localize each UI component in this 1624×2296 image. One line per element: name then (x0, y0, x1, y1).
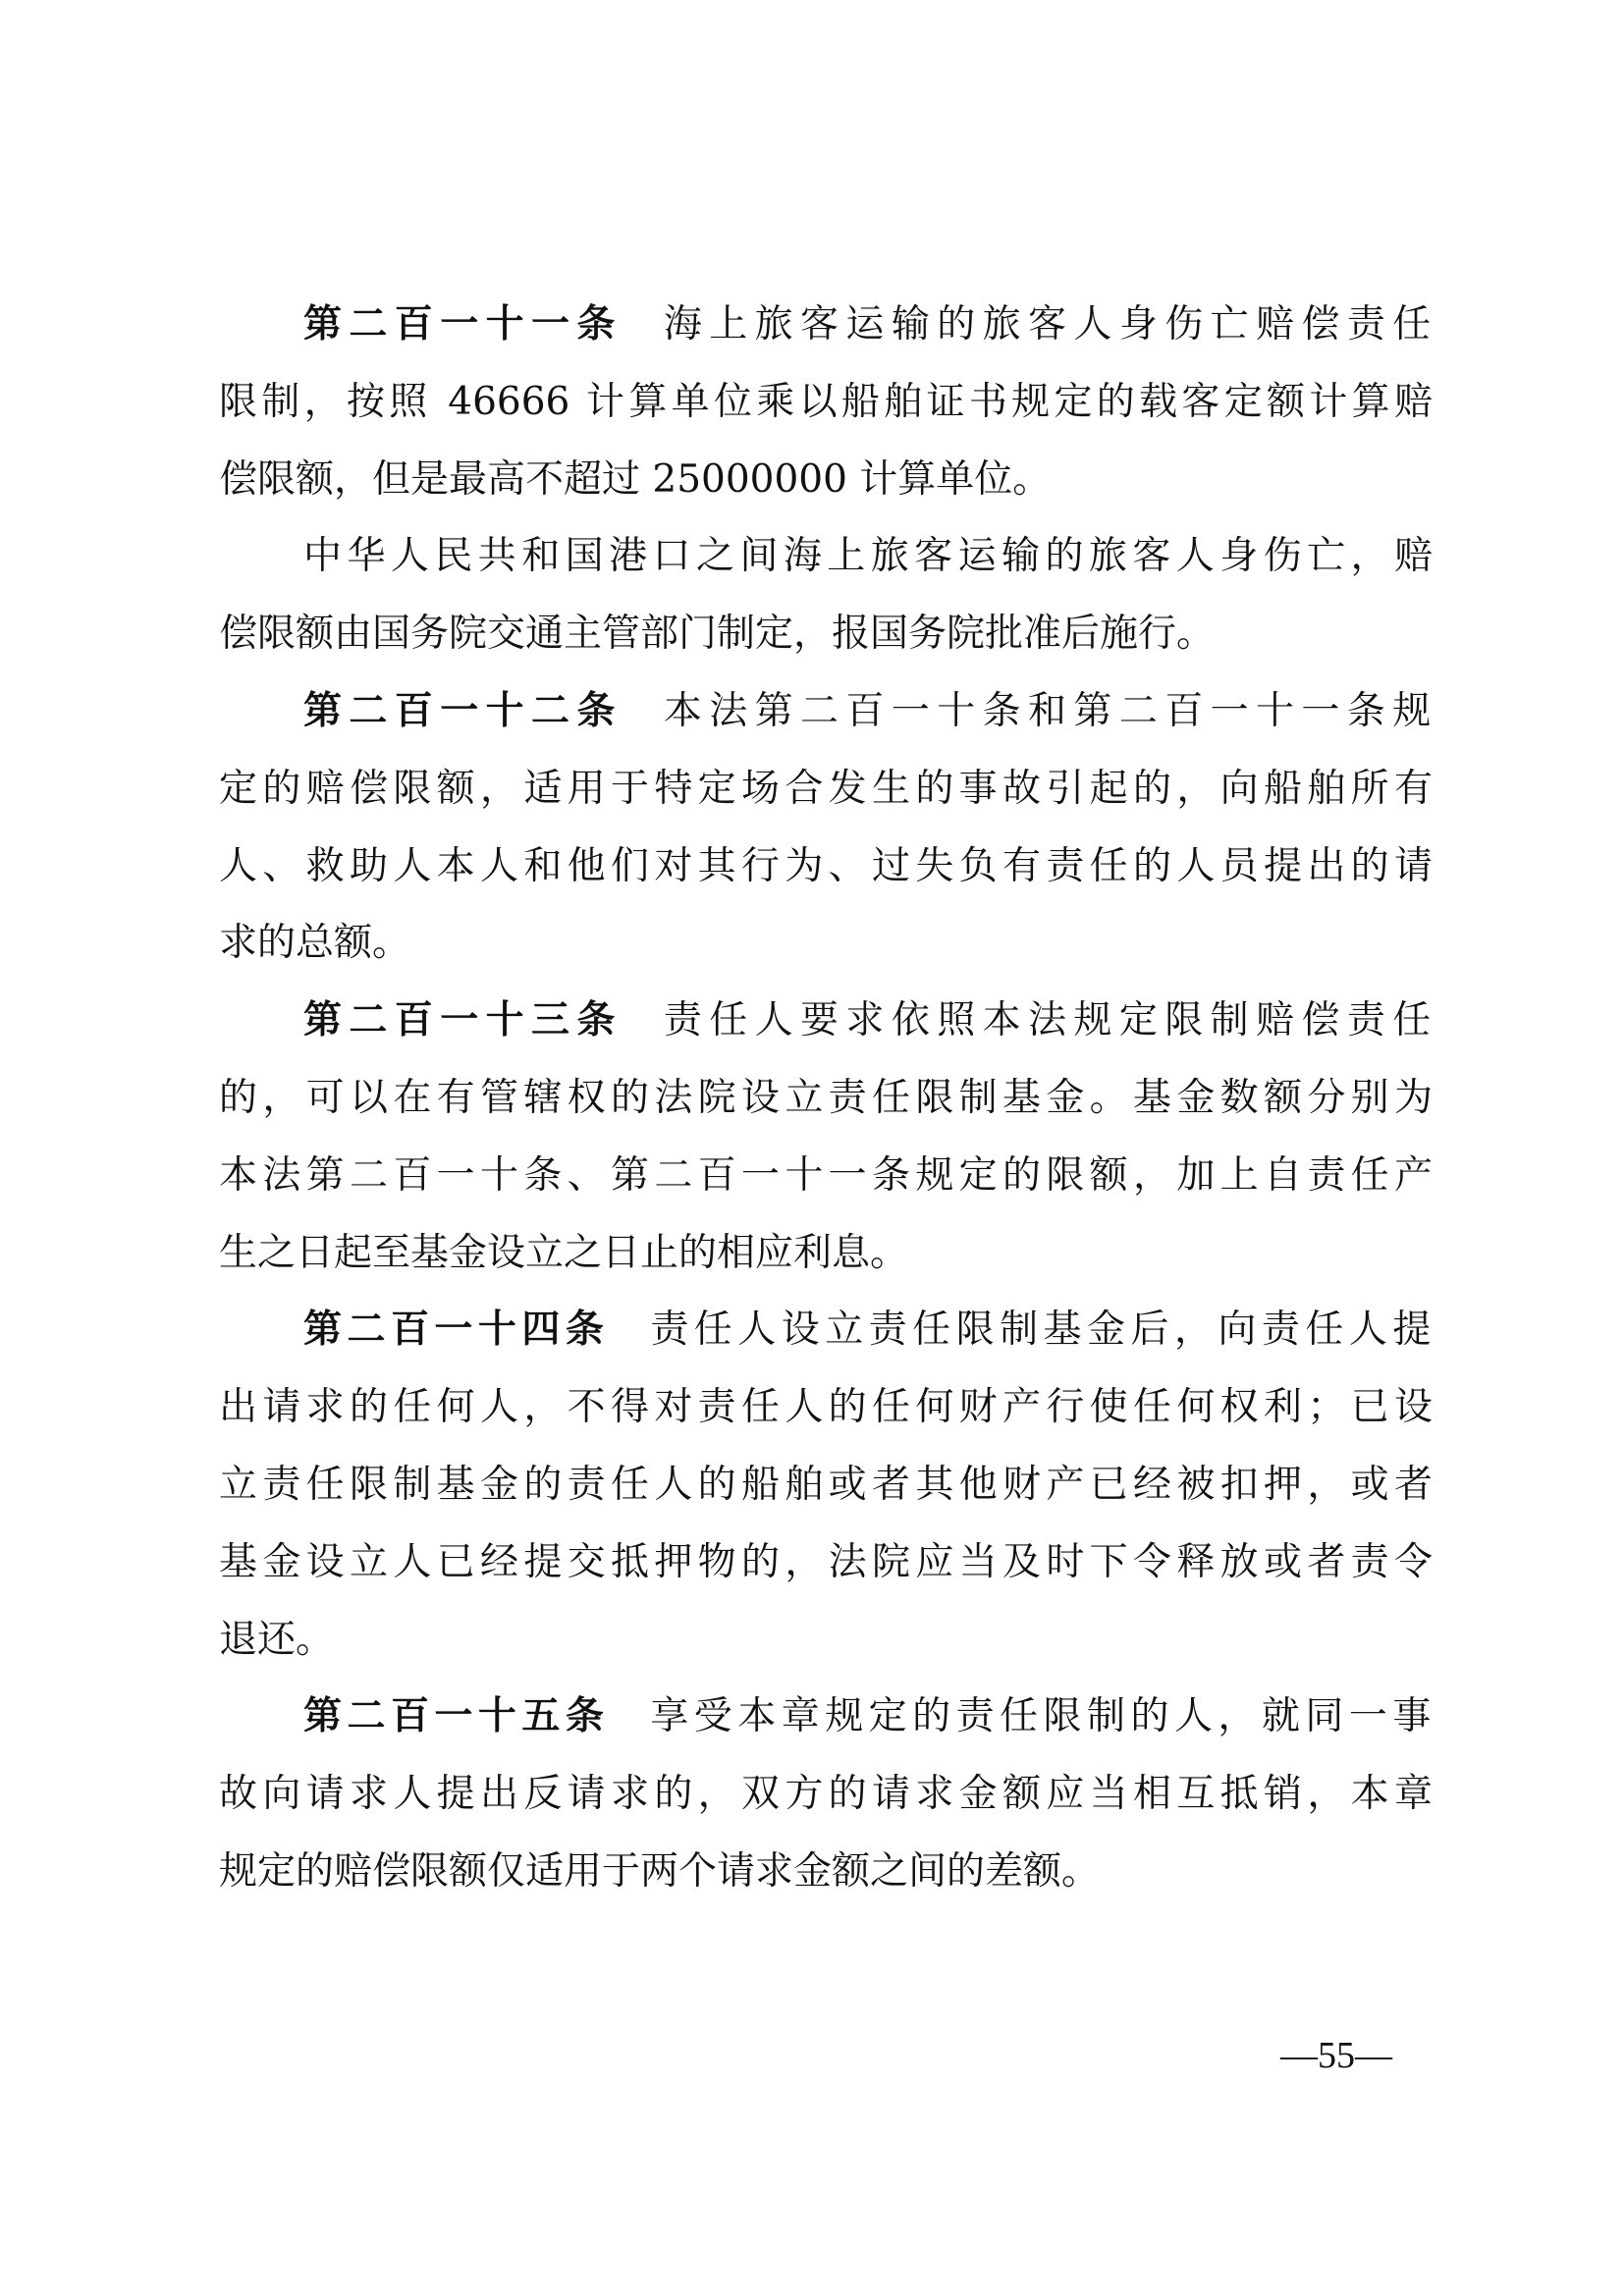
document-page: 第二百一十一条海上旅客运输的旅客人身伤亡赔偿责任限制，按照 46666 计算单位… (0, 0, 1624, 2296)
text-line: 人、救助人本人和他们对其行为、过失负有责任的人员提出的请 (219, 828, 1433, 906)
line-text: 故向请求人提出反请求的，双方的请求金额应当相互抵销，本章 (219, 1772, 1433, 1816)
line-text: 中华人民共和国港口之间海上旅客运输的旅客人身伤亡，赔 (303, 534, 1433, 578)
line-text: 限制，按照 46666 计算单位乘以船舶证书规定的载客定额计算赔 (219, 380, 1433, 424)
text-line: 本法第二百一十条、第二百一十一条规定的限额，加上自责任产 (219, 1138, 1433, 1215)
text-line: 偿限额，但是最高不超过 25000000 计算单位。 (219, 442, 1433, 519)
line-text: 本法第二百一十条、第二百一十一条规定的限额，加上自责任产 (219, 1153, 1433, 1198)
line-text: 生之日起至基金设立之日止的相应利息。 (219, 1231, 908, 1275)
line-text: 定的赔偿限额，适用于特定场合发生的事故引起的，向船舶所有 (219, 767, 1433, 811)
article-heading-line: 第二百一十五条享受本章规定的责任限制的人，就同一事 (219, 1679, 1433, 1756)
line-text: 退还。 (219, 1618, 334, 1662)
article-heading-line: 第二百一十四条责任人设立责任限制基金后，向责任人提 (219, 1292, 1433, 1369)
line-text: 偿限额由国务院交通主管部门制定，报国务院批准后施行。 (219, 612, 1215, 656)
article-number: 第二百一十三条 (303, 998, 623, 1042)
text-line: 生之日起至基金设立之日止的相应利息。 (219, 1215, 1433, 1293)
line-text: 基金设立人已经提交抵押物的，法院应当及时下令释放或者责令 (219, 1540, 1433, 1584)
article-number: 第二百一十四条 (303, 1308, 609, 1352)
article-body: 第二百一十一条海上旅客运输的旅客人身伤亡赔偿责任限制，按照 46666 计算单位… (219, 287, 1433, 1911)
line-text: 本法第二百一十条和第二百一十一条规 (664, 689, 1433, 733)
text-line: 的，可以在有管辖权的法院设立责任限制基金。基金数额分别为 (219, 1060, 1433, 1138)
text-line: 定的赔偿限额，适用于特定场合发生的事故引起的，向船舶所有 (219, 751, 1433, 828)
line-text: 求的总额。 (219, 921, 410, 965)
line-text: 责任人设立责任限制基金后，向责任人提 (650, 1308, 1433, 1352)
text-line: 求的总额。 (219, 905, 1433, 983)
article-heading-line: 第二百一十三条责任人要求依照本法规定限制赔偿责任 (219, 983, 1433, 1060)
line-text: 规定的赔偿限额仅适用于两个请求金额之间的差额。 (219, 1849, 1100, 1894)
text-line: 中华人民共和国港口之间海上旅客运输的旅客人身伤亡，赔 (219, 518, 1433, 596)
line-text: 立责任限制基金的责任人的船舶或者其他财产已经被扣押，或者 (219, 1463, 1433, 1507)
article-number: 第二百一十五条 (303, 1694, 609, 1738)
line-text: 人、救助人本人和他们对其行为、过失负有责任的人员提出的请 (219, 844, 1433, 888)
text-line: 退还。 (219, 1602, 1433, 1680)
line-text: 偿限额，但是最高不超过 25000000 计算单位。 (219, 457, 1051, 502)
page-number: —55— (1272, 2034, 1400, 2077)
line-text: 出请求的任何人，不得对责任人的任何财产行使任何权利；已设 (219, 1385, 1433, 1429)
line-text: 海上旅客运输的旅客人身伤亡赔偿责任 (664, 302, 1433, 347)
article-heading-line: 第二百一十一条海上旅客运输的旅客人身伤亡赔偿责任 (219, 287, 1433, 364)
text-line: 基金设立人已经提交抵押物的，法院应当及时下令释放或者责令 (219, 1524, 1433, 1602)
article-number: 第二百一十一条 (303, 302, 623, 347)
text-line: 限制，按照 46666 计算单位乘以船舶证书规定的载客定额计算赔 (219, 364, 1433, 442)
text-line: 规定的赔偿限额仅适用于两个请求金额之间的差额。 (219, 1834, 1433, 1911)
line-text: 享受本章规定的责任限制的人，就同一事 (650, 1694, 1433, 1738)
line-text: 的，可以在有管辖权的法院设立责任限制基金。基金数额分别为 (219, 1076, 1433, 1120)
text-line: 立责任限制基金的责任人的船舶或者其他财产已经被扣押，或者 (219, 1447, 1433, 1524)
text-line: 出请求的任何人，不得对责任人的任何财产行使任何权利；已设 (219, 1369, 1433, 1447)
text-line: 偿限额由国务院交通主管部门制定，报国务院批准后施行。 (219, 596, 1433, 673)
article-number: 第二百一十二条 (303, 689, 623, 733)
text-line: 故向请求人提出反请求的，双方的请求金额应当相互抵销，本章 (219, 1756, 1433, 1834)
article-heading-line: 第二百一十二条本法第二百一十条和第二百一十一条规 (219, 673, 1433, 751)
line-text: 责任人要求依照本法规定限制赔偿责任 (664, 998, 1433, 1042)
